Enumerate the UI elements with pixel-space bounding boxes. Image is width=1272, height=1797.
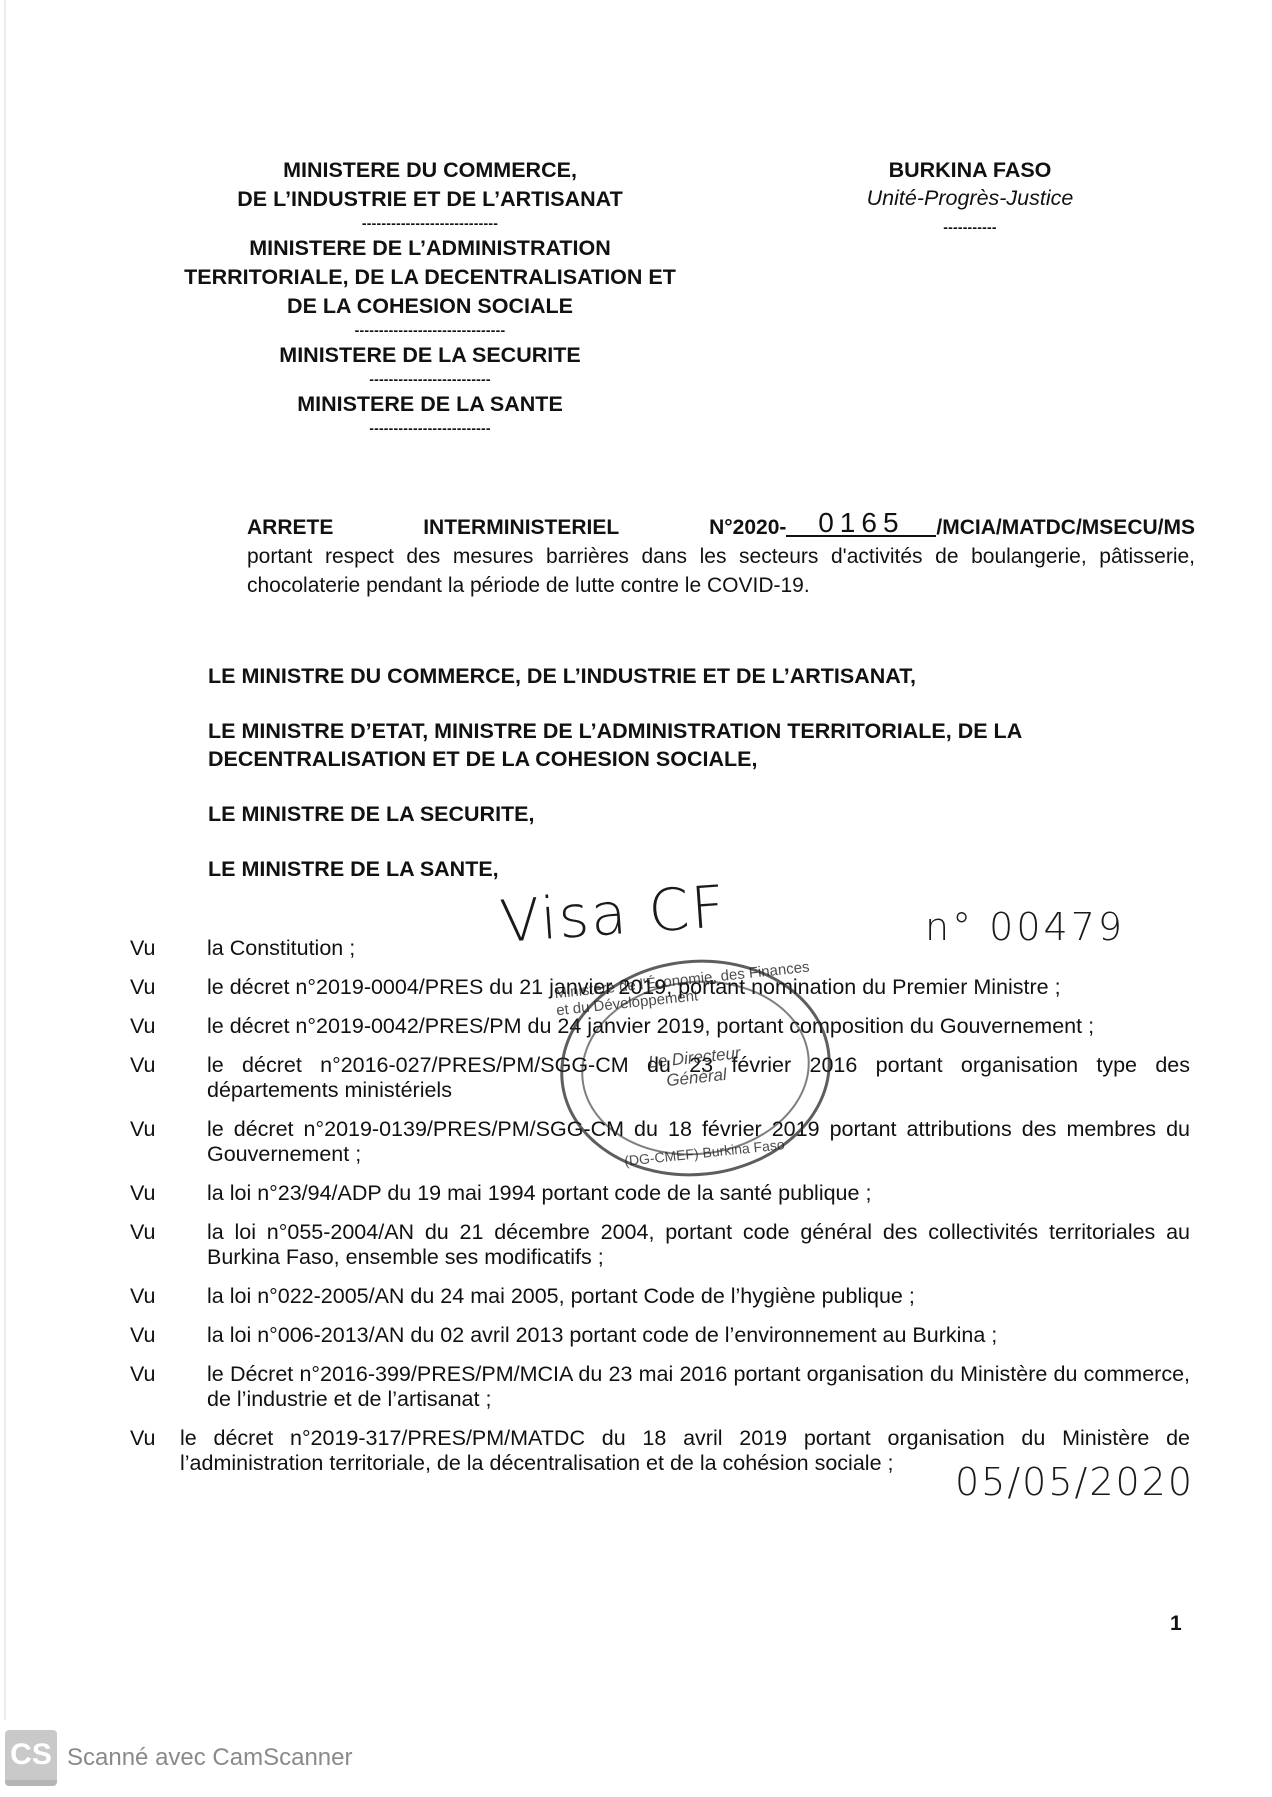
arrete-number: N°2020-0165/MCIA/MATDC/MSECU/MS xyxy=(709,513,1195,542)
ministry-administration-line-2: TERRITORIALE, DE LA DECENTRALISATION ET xyxy=(130,263,730,292)
vu-text: la loi n°23/94/ADP du 19 mai 1994 portan… xyxy=(207,1181,1190,1206)
vu-text: le décret n°2019-0004/PRES du 21 janvier… xyxy=(207,975,1190,1000)
ministry-administration-line-1: MINISTERE DE L’ADMINISTRATION xyxy=(130,234,730,263)
vu-text: le décret n°2019-0042/PRES/PM du 24 janv… xyxy=(207,1014,1190,1039)
vu-item: Vula loi n°23/94/ADP du 19 mai 1994 port… xyxy=(130,1181,1190,1206)
vu-text: le Décret n°2016-399/PRES/PM/MCIA du 23 … xyxy=(207,1362,1190,1412)
vu-label: Vu xyxy=(130,1284,207,1309)
vu-label: Vu xyxy=(130,1220,207,1270)
country-header: BURKINA FASO Unité-Progrès-Justice -----… xyxy=(820,156,1120,238)
camscanner-watermark: CS Scanné avec CamScanner xyxy=(5,1730,353,1786)
separator: ---------------------------- xyxy=(130,216,730,230)
separator: ------------------------- xyxy=(130,421,730,435)
vu-item: Vule Décret n°2016-399/PRES/PM/MCIA du 2… xyxy=(130,1362,1190,1412)
vu-text: le décret n°2016-027/PRES/PM/SGG-CM du 2… xyxy=(207,1053,1190,1103)
vu-label: Vu xyxy=(130,1362,207,1412)
vu-item: Vula loi n°055-2004/AN du 21 décembre 20… xyxy=(130,1220,1190,1270)
minister-commerce: LE MINISTRE DU COMMERCE, DE L’INDUSTRIE … xyxy=(208,662,1208,690)
separator: ------------------------- xyxy=(130,372,730,386)
handwritten-date: 05/05/2020 xyxy=(955,1460,1194,1504)
vu-label: Vu xyxy=(130,1323,207,1348)
country-motto: Unité-Progrès-Justice xyxy=(820,184,1120,212)
vu-text: la loi n°055-2004/AN du 21 décembre 2004… xyxy=(207,1220,1190,1270)
vu-item: Vule décret n°2019-0139/PRES/PM/SGG-CM d… xyxy=(130,1117,1190,1167)
arrete-reference: ARRETE INTERMINISTERIEL N°2020-0165/MCIA… xyxy=(247,513,1195,542)
ministries-header: MINISTERE DU COMMERCE, DE L’INDUSTRIE ET… xyxy=(130,156,730,439)
country-name: BURKINA FASO xyxy=(820,156,1120,184)
vu-item: Vula loi n°022-2005/AN du 24 mai 2005, p… xyxy=(130,1284,1190,1309)
arrete-number-suffix: /MCIA/MATDC/MSECU/MS xyxy=(936,516,1195,539)
arrete-number-prefix: N°2020- xyxy=(709,516,786,539)
ministry-securite: MINISTERE DE LA SECURITE xyxy=(130,341,730,370)
vu-label: Vu xyxy=(130,1053,207,1103)
arrete-heading: ARRETE INTERMINISTERIEL N°2020-0165/MCIA… xyxy=(247,513,1195,600)
vu-item: Vule décret n°2019-0004/PRES du 21 janvi… xyxy=(130,975,1190,1000)
vu-considerations: Vula Constitution ; Vule décret n°2019-0… xyxy=(130,936,1190,1490)
separator: ----------- xyxy=(820,220,1120,234)
minister-securite: LE MINISTRE DE LA SECURITE, xyxy=(208,800,1208,828)
arrete-label: ARRETE xyxy=(247,513,333,542)
handwritten-visa-number: n° 00479 xyxy=(925,905,1125,949)
arrete-type: INTERMINISTERIEL xyxy=(423,513,619,542)
arrete-number-handwritten: 0165 xyxy=(786,511,936,537)
vu-text: la loi n°006-2013/AN du 02 avril 2013 po… xyxy=(207,1323,1190,1348)
vu-label: Vu xyxy=(130,1426,180,1476)
vu-label: Vu xyxy=(130,975,207,1000)
ministry-commerce-line-2: DE L’INDUSTRIE ET DE L’ARTISANAT xyxy=(130,185,730,214)
ministry-administration-line-3: DE LA COHESION SOCIALE xyxy=(130,292,730,321)
vu-item: Vula loi n°006-2013/AN du 02 avril 2013 … xyxy=(130,1323,1190,1348)
minister-administration: LE MINISTRE D’ETAT, MINISTRE DE L’ADMINI… xyxy=(208,717,1208,773)
separator: ------------------------------- xyxy=(130,323,730,337)
vu-label: Vu xyxy=(130,1014,207,1039)
camscanner-text: Scanné avec CamScanner xyxy=(67,1744,353,1772)
vu-label: Vu xyxy=(130,1117,207,1167)
vu-item: Vule décret n°2019-0042/PRES/PM du 24 ja… xyxy=(130,1014,1190,1039)
vu-text: la loi n°022-2005/AN du 24 mai 2005, por… xyxy=(207,1284,1190,1309)
vu-label: Vu xyxy=(130,1181,207,1206)
vu-label: Vu xyxy=(130,936,207,961)
arrete-title: portant respect des mesures barrières da… xyxy=(247,542,1195,600)
ministry-sante: MINISTERE DE LA SANTE xyxy=(130,390,730,419)
page-number: 1 xyxy=(1170,1612,1182,1636)
camscanner-logo-icon: CS xyxy=(5,1730,57,1786)
ministry-commerce-line-1: MINISTERE DU COMMERCE, xyxy=(130,156,730,185)
page-edge xyxy=(4,0,6,1720)
vu-text: le décret n°2019-0139/PRES/PM/SGG-CM du … xyxy=(207,1117,1190,1167)
vu-item: Vule décret n°2016-027/PRES/PM/SGG-CM du… xyxy=(130,1053,1190,1103)
